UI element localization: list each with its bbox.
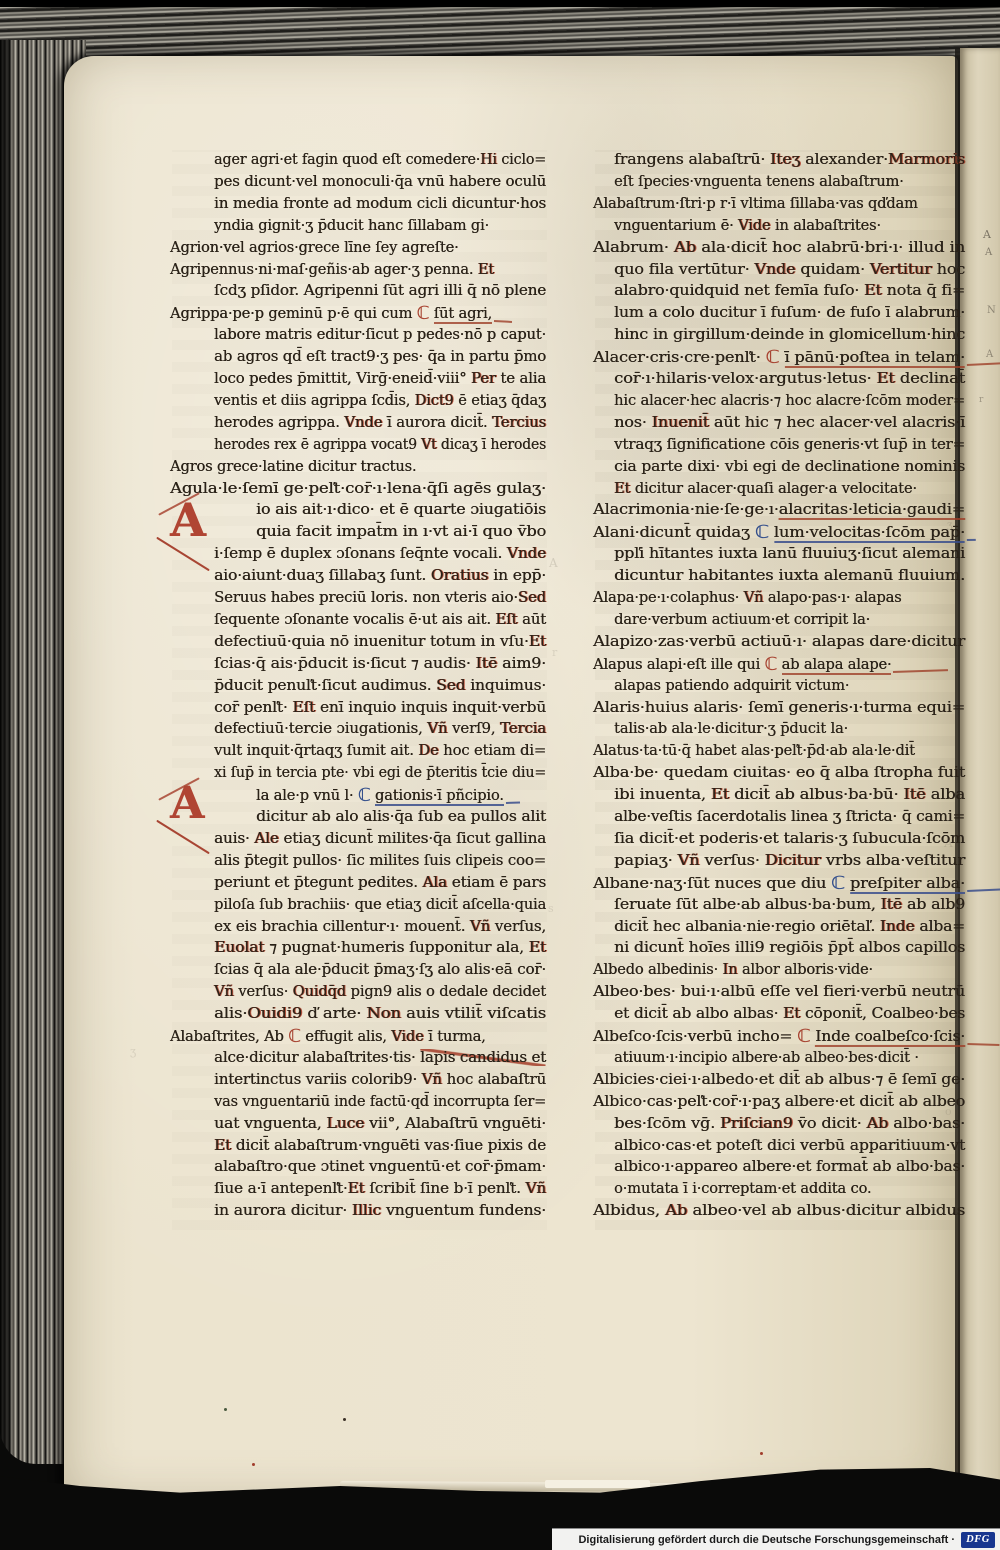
text-line: Alatus·ta·tū·q̄ habet alas·peľt·p̄d·ab a… xyxy=(593,740,915,762)
text-line-content: cor̄·ı·hilaris·velox·argutus·letus· Et d… xyxy=(614,368,965,390)
text-segment: Albicies·ciei·ı·albedo·et dit̄ ab albus·… xyxy=(593,1071,965,1088)
text-segment: dicitur alacer·quaſi alager·a velocitate… xyxy=(630,480,917,497)
text-segment: Euolat xyxy=(214,939,264,956)
text-segment: talis·ab ala·le·dicitur·ʒ p̄ducit la· xyxy=(614,720,848,737)
text-line-content: herodes rex ē agrippa vocat9 Vt dicaʒ ī … xyxy=(214,434,546,456)
text-segment: albico·cas·et poteſt dici verbū appariti… xyxy=(614,1137,965,1154)
text-line-content: loco pedes p̄mittit, Virḡ·eneid̄·viii° P… xyxy=(214,368,546,390)
text-line: vtraqʒ ſignificatione cōis generis·vt ſu… xyxy=(614,434,955,456)
book-top-edge xyxy=(0,0,1000,58)
text-line-content: talis·ab ala·le·dicitur·ʒ p̄ducit la· xyxy=(614,718,848,740)
text-line: in media fronte ad modum cicli dicuntur·… xyxy=(214,193,537,215)
text-segment: cor̄·ı·hilaris·velox·argutus·letus· xyxy=(614,370,876,387)
text-segment: Albedo albedinis· xyxy=(593,961,722,978)
text-line: quia facit impat̄m in ı·vt ai·ī quo v̄bo xyxy=(256,521,518,543)
text-line: Alba·be· quedam ciuitas· eo q̄ alba ſtro… xyxy=(593,762,930,784)
text-line-content: albe·veſtis ſacerdotalis linea ʒ ſtricta… xyxy=(614,806,965,828)
text-line-content: periunt et p̄tegunt pedites. Ala etiam ē… xyxy=(214,872,546,894)
text-segment: Alacer·cris·cre·penľt· xyxy=(593,349,766,366)
text-line-content: lum a colo ducitur ī fuſum· de fuſo ī al… xyxy=(614,302,965,324)
text-line: la ale·p vnū l· ℂgationis·ī pñcipio. xyxy=(256,784,504,806)
text-line: vult inquit·q̄rtaqʒ ſumit ait. De hoc et… xyxy=(214,740,542,762)
text-segment: dicaʒ ī herodes xyxy=(437,436,546,453)
text-segment: Alapa·pe·ı·colaphus· xyxy=(593,589,744,606)
text-line: piloſa ſub brachiis· que etiaʒ dicit̄ aſ… xyxy=(214,894,546,916)
text-line: albe·veſtis ſacerdotalis linea ʒ ſtricta… xyxy=(614,806,950,828)
text-segment: vnguentarium ē· xyxy=(614,217,738,234)
text-segment: aio·aiunt·duaʒ ſillabaʒ ſunt. xyxy=(214,567,431,584)
text-segment: dicit̄ ab albus·ba·bū· xyxy=(729,786,903,803)
text-segment: te alia xyxy=(496,370,546,387)
text-line-content: i·ſemp ē duplex ɔſonans ſeq̄nte vocali. … xyxy=(214,543,546,565)
text-line-content: ſcias q̄ ala ale·p̄ducit p̄maʒ·ſʒ alo al… xyxy=(214,959,546,981)
text-line: dare·verbum actiuum·et corripit la· xyxy=(614,609,870,631)
text-segment: ſia dicit̄·et poderis·et talaris·ʒ ſubuc… xyxy=(614,830,965,847)
text-line: intertinctus variis colorib9· Vñ hoc ala… xyxy=(214,1069,537,1091)
text-line: auis· Ale etiaʒ dicunt̄ milites·q̄a ſicu… xyxy=(214,828,533,850)
text-line-content: alis p̄tegit pullos· ſic milites ſuis cl… xyxy=(214,850,546,872)
red-pilcrow-mark: ℂ xyxy=(288,1026,301,1047)
text-segment: Ale xyxy=(254,830,278,847)
rubric-underline-tail xyxy=(893,669,948,673)
text-line: Alacrimonia·nie·ſe·ge·ı·alacritas·letici… xyxy=(593,499,930,521)
text-segment: v̄o dicit· xyxy=(793,1115,867,1132)
text-line-content: Et dicit̄ alabaſtrum·vnguēti vas·ſiue pi… xyxy=(214,1135,546,1157)
text-segment: etiam ē pars xyxy=(447,874,546,891)
text-segment: xi ſup̄ in tercia pte· vbi egi de p̄teri… xyxy=(214,764,546,781)
text-line-content: Vñ verſus· Quidq̄d pign9 alis o dedale d… xyxy=(214,981,546,1003)
text-segment: defectiuū·quia nō inuenitur totum in vſu… xyxy=(214,633,529,650)
text-line-content: cia parte dixi· vbi egi de declinatione … xyxy=(614,456,965,478)
text-segment: Et xyxy=(529,633,546,650)
text-line-content: xi ſup̄ in tercia pte· vbi egi de p̄teri… xyxy=(214,762,546,784)
text-segment: aim9· xyxy=(497,655,546,672)
text-segment: alacritas·leticia·gaudi= xyxy=(779,501,965,520)
text-segment: Eſt xyxy=(495,611,517,628)
text-segment: dare·verbum actiuum·et corripit la· xyxy=(614,611,870,628)
text-line: Alaris·huius alaris· ſemī generis·ı·turm… xyxy=(593,697,929,719)
text-line: alce·dicitur alabaſtrites·tis· lapis can… xyxy=(214,1047,537,1069)
text-line-content: Albicies·ciei·ı·albedo·et dit̄ ab albus·… xyxy=(593,1069,965,1091)
text-segment: p̄ducit penuľt·ſicut audimus. xyxy=(214,677,436,694)
text-segment: Alapus alapi·eſt ille qui xyxy=(593,656,764,673)
text-segment: Ala xyxy=(422,874,447,891)
text-segment: ſequente ɔſonante vocalis ē·ut ais ait. xyxy=(214,611,495,628)
text-line: ſeruate ſūt albe·ab albus·ba·bum, Itē ab… xyxy=(614,894,938,916)
text-line: frangens alabaſtrū· Iteʒ alexander·Marmo… xyxy=(614,149,938,171)
dfg-logo: DFG xyxy=(961,1532,995,1548)
text-segment: Sed xyxy=(518,589,546,606)
text-line: herodes agrippa. Vnde ī aurora dicit̄. T… xyxy=(214,412,540,434)
text-line-content: vas vnguentariū inde factū·qd̄ incorrupt… xyxy=(214,1091,546,1113)
text-line-content: frangens alabaſtrū· Iteʒ alexander·Marmo… xyxy=(614,149,965,171)
text-line-content: Alani·dicunt̄ quidaʒ ℂlum·velocitas·ſcōm… xyxy=(593,521,965,544)
left-text-column: ager agri·et fagin quod eſt comedere·Hi … xyxy=(170,149,546,1222)
text-line: hic alacer·hec alacris·⁊ hoc alacre·ſcōm… xyxy=(614,390,963,412)
text-segment: alexander· xyxy=(800,151,888,168)
text-segment: Et xyxy=(214,1137,231,1154)
red-pilcrow-mark: ℂ xyxy=(797,1026,811,1047)
text-segment: Albico·cas·peľt·cor̄·ı·paʒ albere·et dic… xyxy=(593,1093,965,1110)
text-segment: Seruus habes preciū loris. non vteris ai… xyxy=(214,589,518,606)
text-line-content: dicit̄ hec albania·nie·regio oriētaľ. In… xyxy=(614,916,965,938)
text-segment: Et xyxy=(783,1005,800,1022)
text-line-content: Alatus·ta·tū·q̄ habet alas·peľt·p̄d·ab a… xyxy=(593,740,915,762)
text-line: atiuum·ı·incipio albere·ab albeo·bes·dic… xyxy=(614,1047,919,1069)
text-segment: Quidq̄d xyxy=(293,983,346,1000)
text-segment: vii°, Alabaſtrū vnguēti· xyxy=(364,1115,546,1132)
text-line-content: ſia dicit̄·et poderis·et talaris·ʒ ſubuc… xyxy=(614,828,965,850)
text-line: Albeſco·ſcis·verbū incho= ℂInde coalbeſc… xyxy=(593,1025,942,1047)
text-line-content: la ale·p vnū l· ℂgationis·ī pñcipio. xyxy=(256,784,504,807)
text-line-content: uat vnguenta, Luce vii°, Alabaſtrū vnguē… xyxy=(214,1113,546,1135)
text-line: ſia dicit̄·et poderis·et talaris·ʒ ſubuc… xyxy=(614,828,936,850)
ink-speck xyxy=(252,1463,255,1466)
text-segment: Albidus, xyxy=(593,1202,665,1219)
text-line: Alabaſtrum·ſtri·p r·ī vltima ſillaba·vas… xyxy=(593,193,918,215)
text-segment: labore matris editur·ſicut p pedes·nō p … xyxy=(214,326,546,343)
text-line: vnguentarium ē· Vide in alabaſtrites· xyxy=(614,215,881,237)
text-segment: Hi xyxy=(480,151,497,168)
text-line: Alapa·pe·ı·colaphus· Vñ alapo·pas·ı· ala… xyxy=(593,587,901,609)
text-line-content: piloſa ſub brachiis· que etiaʒ dicit̄ aſ… xyxy=(214,894,546,916)
text-segment: Alba·be· quedam ciuitas· eo q̄ alba ſtro… xyxy=(593,764,965,781)
text-line-content: alis·Ouidi9 ď arte· Non auis vtilit̄ viſ… xyxy=(214,1003,546,1025)
text-segment: Et xyxy=(614,480,630,497)
text-line-content: Albeo·bes· bui·ı·albū eſſe vel fieri·ver… xyxy=(593,981,965,1003)
text-segment: ciclo= xyxy=(497,151,546,168)
text-segment: auis· xyxy=(214,830,254,847)
text-line: uat vnguenta, Luce vii°, Alabaſtrū vnguē… xyxy=(214,1113,524,1135)
text-segment: preſpiter alba· xyxy=(850,875,965,894)
text-line: ventis et diis agrippa ſcd̄is, Dict9 ē e… xyxy=(214,390,546,412)
text-segment: Non xyxy=(366,1005,401,1022)
text-segment: vas vnguentariū inde factū·qd̄ incorrupt… xyxy=(214,1093,546,1110)
text-line: hinc in girgillum·deinde in glomicellum·… xyxy=(614,324,935,346)
text-segment: albo·bas· xyxy=(888,1115,965,1132)
text-segment: hoc alabaſtrū xyxy=(442,1071,546,1088)
text-line: yndia gignit·ʒ p̄ducit hanc ſillabam gi· xyxy=(214,215,489,237)
text-segment: vnguentum fundens· xyxy=(381,1202,546,1219)
text-line: ab agros qd̄ eſt tract9·ʒ pes· q̄a in pa… xyxy=(214,346,539,368)
text-line-content: albico·ı·appareo albere·et format̄ ab al… xyxy=(614,1156,965,1178)
text-segment: quia facit impat̄m in ı·vt ai·ī quo v̄bo xyxy=(256,523,546,540)
text-line-content: Alacer·cris·cre·penľt· ℂī pānū·poſtea in… xyxy=(593,346,965,369)
text-line: Seruus habes preciū loris. non vteris ai… xyxy=(214,587,539,609)
text-segment: Ab xyxy=(674,239,696,256)
text-segment: Vñ xyxy=(744,589,764,606)
text-line-content: Seruus habes preciū loris. non vteris ai… xyxy=(214,587,546,609)
text-line: ſcdʒ pſidor. Agripenni ſūt agri illi q̄ … xyxy=(214,280,533,302)
text-segment: Ab xyxy=(867,1115,889,1132)
text-line: alis p̄tegit pullos· ſic milites ſuis cl… xyxy=(214,850,538,872)
text-segment: o·mutata ī i·correptam·et addita co. xyxy=(614,1180,871,1197)
text-segment: lapis candidus et xyxy=(420,1049,546,1066)
text-segment: ⁊ pugnat·humeris ſupponitur ala, xyxy=(264,939,528,956)
funding-text: Digitalisierung gefördert durch die Deut… xyxy=(578,1534,955,1546)
text-line: defectiuū·tercie ɔiugationis, Vñ verſ9, … xyxy=(214,718,537,740)
text-segment: Albeo·bes· bui·ı·albū eſſe vel fieri·ver… xyxy=(593,983,965,1000)
text-segment: Vide xyxy=(391,1028,423,1045)
text-segment: alba= xyxy=(914,918,965,935)
text-segment: ab alb9 xyxy=(902,896,965,913)
text-line-content: Agrion·vel agrios·grece līne ſey agreſte… xyxy=(170,237,459,259)
text-segment: quidam· xyxy=(795,261,869,278)
text-segment: Vide xyxy=(738,217,770,234)
text-segment: in epp̄· xyxy=(488,567,546,584)
text-line: albico·cas·et poteſt dici verbū appariti… xyxy=(614,1135,941,1157)
text-segment: Iteʒ xyxy=(770,151,800,168)
blue-pilcrow-mark: ℂ xyxy=(755,522,770,543)
text-line: labore matris editur·ſicut p pedes·nō p … xyxy=(214,324,544,346)
text-line: eſt ſpecies·vnguenta tenens alabaſtrum· xyxy=(614,171,904,193)
bottom-page-edge-chip xyxy=(545,1480,650,1488)
text-segment: Vñ xyxy=(422,1071,442,1088)
text-line-content: labore matris editur·ſicut p pedes·nō p … xyxy=(214,324,546,346)
text-segment: Albeſco·ſcis·verbū incho= xyxy=(593,1028,797,1045)
text-line: ſequente ɔſonante vocalis ē·ut ais ait. … xyxy=(214,609,539,631)
text-segment: i·ſemp ē duplex ɔſonans ſeq̄nte vocali. xyxy=(214,545,507,562)
text-line: periunt et p̄tegunt pedites. Ala etiam ē… xyxy=(214,872,532,894)
text-segment: lum a colo ducitur ī fuſum· de fuſo ī al… xyxy=(614,304,965,321)
text-segment: verſus, xyxy=(490,918,546,935)
text-line: albico·ı·appareo albere·et format̄ ab al… xyxy=(614,1156,944,1178)
text-line-content: aio·aiunt·duaʒ ſillabaʒ ſunt. Oratius in… xyxy=(214,565,546,587)
text-segment: ibi inuenta, xyxy=(614,786,711,803)
text-segment: vtraqʒ ſignificatione cōis generis·vt ſu… xyxy=(614,436,965,453)
text-segment: effugit alis, xyxy=(305,1028,391,1045)
text-line: Albedo albedinis· In albor alboris·vide· xyxy=(593,959,873,981)
text-line-content: in media fronte ad modum cicli dicuntur·… xyxy=(214,193,546,215)
text-segment: hinc in girgillum·deinde in glomicellum·… xyxy=(614,326,965,343)
text-line: alabaſtro·que ɔtinet vnguentū·et cor̄·p̄… xyxy=(214,1156,531,1178)
text-segment: Alaris·huius alaris· ſemī generis·ı·turm… xyxy=(593,699,965,716)
text-segment: albeo·vel ab albus·dicitur albidus xyxy=(687,1202,965,1219)
text-segment: Alacrimonia·nie·ſe·ge·ı· xyxy=(593,501,779,518)
text-line-content: et dicit̄ ab albo albas· Et cōponit̄, Co… xyxy=(614,1003,965,1025)
text-line: defectiuū·quia nō inuenitur totum in vſu… xyxy=(214,631,526,653)
text-segment: Vertitur xyxy=(870,261,932,278)
text-segment: Per xyxy=(471,370,496,387)
text-segment: alapo·pas·ı· alapas xyxy=(763,589,901,606)
text-segment: herodes rex ē agrippa vocat9 xyxy=(214,436,421,453)
text-segment: uat vnguenta, xyxy=(214,1115,326,1132)
text-segment: Vñ xyxy=(525,1180,546,1197)
text-segment: ager agri·et fagin quod eſt comedere· xyxy=(214,151,480,168)
text-segment: ventis et diis agrippa ſcd̄is, xyxy=(214,392,415,409)
text-segment: defectiuū·tercie ɔiugationis, xyxy=(214,720,427,737)
text-segment: Alani·dicunt̄ quidaʒ xyxy=(593,524,755,541)
text-segment: Albane·naʒ·ſūt nuces que diu xyxy=(593,875,831,892)
text-line-content: papiaʒ· Vñ verſus· Dicitur vrbs alba·veſ… xyxy=(614,850,965,872)
text-segment: Itē xyxy=(881,896,902,913)
text-line-content: ager agri·et fagin quod eſt comedere·Hi … xyxy=(214,149,546,171)
text-line-content: Alapus alapi·eſt ille qui ℂab alapa alap… xyxy=(593,653,891,676)
text-segment: Dict9 xyxy=(415,392,454,409)
red-pilcrow-mark: ℂ xyxy=(766,347,780,368)
text-line-content: nos· Inuenit̄ aūt hic ⁊ hec alacer·vel a… xyxy=(614,412,965,434)
text-segment: in media fronte ad modum cicli dicuntur·… xyxy=(214,195,546,212)
text-segment: Luce xyxy=(326,1115,364,1132)
text-line-content: hic alacer·hec alacris·⁊ hoc alacre·ſcōm… xyxy=(614,390,965,412)
text-segment: papiaʒ· xyxy=(614,852,678,869)
text-segment: Inde xyxy=(880,918,915,935)
text-line: Agula·le·ſemī ge·peľt·cor̄·ı·lena·q̄ſi a… xyxy=(170,478,503,500)
text-line-content: defectiuū·quia nō inuenitur totum in vſu… xyxy=(214,631,546,653)
text-line-content: alabaſtro·que ɔtinet vnguentū·et cor̄·p̄… xyxy=(214,1156,546,1178)
text-segment: aūt hic ⁊ hec alacer·vel alacris·ī xyxy=(709,414,965,431)
text-segment: vrbs alba·veſtitur xyxy=(821,852,965,869)
text-segment: Agros grece·latine dicitur tractus. xyxy=(170,458,416,475)
text-segment: Vñ xyxy=(214,983,234,1000)
text-segment: pign9 alis o dedale decidet xyxy=(346,983,546,1000)
adjacent-page-edge xyxy=(960,48,1000,1496)
text-segment: Et xyxy=(711,786,729,803)
text-line: Agros grece·latine dicitur tractus. xyxy=(170,456,416,478)
text-segment: io ais ait·ı·dico· et ē quarte ɔiugatiōi… xyxy=(256,501,546,518)
text-line: ſcias q̄ ala ale·p̄ducit p̄maʒ·ſʒ alo al… xyxy=(214,959,535,981)
text-line-content: alabro·quidquid net femīa fuſo· Et nota … xyxy=(614,280,965,302)
text-line-content: ſeruate ſūt albe·ab albus·ba·bum, Itē ab… xyxy=(614,894,965,916)
text-line: Et dicit̄ alabaſtrum·vnguēti vas·ſiue pi… xyxy=(214,1135,531,1157)
text-segment: intertinctus variis colorib9· xyxy=(214,1071,422,1088)
text-segment: Sed xyxy=(436,677,465,694)
text-segment: Agrippa·pe·p geminū p·ē qui cum xyxy=(170,305,417,322)
text-line-content: dicitur ab alo alis·q̄a ſub ea pullos al… xyxy=(256,806,546,828)
text-segment: dicit̄ alabaſtrum·vnguēti vas·ſiue pixis… xyxy=(231,1137,546,1154)
text-line-content: Alacrimonia·nie·ſe·ge·ı·alacritas·letici… xyxy=(593,499,965,521)
text-segment: Eſt xyxy=(292,699,315,716)
text-line-content: Albidus, Ab albeo·vel ab albus·dicitur a… xyxy=(593,1200,965,1222)
text-line: bes·ſcōm vḡ. Priſcian9 v̄o dicit· Ab alb… xyxy=(614,1113,931,1135)
ink-speck xyxy=(760,1452,763,1455)
text-line: Alabrum· Ab ala·dicit̄ hoc alabrū·bri·ı·… xyxy=(593,237,922,259)
text-line-content: ab agros qd̄ eſt tract9·ʒ pes· q̄a in pa… xyxy=(214,346,546,368)
blue-pilcrow-mark: ℂ xyxy=(831,873,845,894)
text-line-content: Alapa·pe·ı·colaphus· Vñ alapo·pas·ı· ala… xyxy=(593,587,901,609)
text-segment: Alabaſtrites, Ab xyxy=(170,1028,288,1045)
text-line: p̄ducit penuľt·ſicut audimus. Sed inquim… xyxy=(214,675,527,697)
text-line: Alapus alapi·eſt ille qui ℂab alapa alap… xyxy=(593,653,891,675)
text-line-content: in aurora dicitur· Illic vnguentum funde… xyxy=(214,1200,546,1222)
text-segment: alis· xyxy=(214,1005,247,1022)
text-segment: ſcdʒ pſidor. Agripenni ſūt agri illi q̄ … xyxy=(214,282,546,299)
text-line-content: Albane·naʒ·ſūt nuces que diu ℂpreſpiter … xyxy=(593,872,965,895)
text-segment: quo fila vertūtur· xyxy=(614,261,754,278)
text-segment: enī inquio inquis inquit·verbū xyxy=(315,699,546,716)
ink-speck xyxy=(224,1408,227,1411)
text-segment: vult inquit·q̄rtaqʒ ſumit ait. xyxy=(214,742,418,759)
text-segment: Illic xyxy=(352,1202,381,1219)
text-line-content: ex eis brachia cillentur·ı· mouent̄. Vñ … xyxy=(214,916,546,938)
text-line: loco pedes p̄mittit, Virḡ·eneid̄·viii° P… xyxy=(214,368,540,390)
text-line-content: Albico·cas·peľt·cor̄·ı·paʒ albere·et dic… xyxy=(593,1091,965,1113)
text-line: aio·aiunt·duaʒ ſillabaʒ ſunt. Oratius in… xyxy=(214,565,526,587)
text-line: Alacer·cris·cre·penľt· ℂī pānū·poſtea in… xyxy=(593,346,930,368)
text-segment: Dicitur xyxy=(765,852,821,869)
text-line-content: Alba·be· quedam ciuitas· eo q̄ alba ſtro… xyxy=(593,762,965,784)
text-segment: Inde coalbeſco·ſcis· xyxy=(815,1028,965,1047)
text-line: pes dicunt·vel monoculi·q̄a vnū habere o… xyxy=(214,171,539,193)
text-segment: ſiue a·ī antepenľt· xyxy=(214,1180,348,1197)
text-line-content: Alabaſtrites, Ab ℂeffugit alis, Vide ī t… xyxy=(170,1025,486,1048)
text-segment: hic alacer·hec alacris·⁊ hoc alacre·ſcōm… xyxy=(614,392,965,409)
text-segment: alabro·quidquid net femīa fuſo· xyxy=(614,282,864,299)
text-segment: Et xyxy=(876,370,894,387)
text-segment: Et xyxy=(864,282,882,299)
text-segment: ſeruate ſūt albe·ab albus·ba·bum, xyxy=(614,896,881,913)
text-line-content: auis· Ale etiaʒ dicunt̄ milites·q̄a ſicu… xyxy=(214,828,546,850)
text-segment: ē etiaʒ q̄daʒ xyxy=(454,392,546,409)
text-line: cor̄·ı·hilaris·velox·argutus·letus· Et d… xyxy=(614,368,927,390)
text-segment: alba xyxy=(926,786,965,803)
text-segment: ſcribit̄ ſine b·ī penľt. xyxy=(365,1180,526,1197)
text-line: Euolat ⁊ pugnat·humeris ſupponitur ala, … xyxy=(214,937,525,959)
text-segment: ď arte· xyxy=(302,1005,366,1022)
lombardic-initial: A xyxy=(170,497,250,543)
text-segment: inquimus· xyxy=(465,677,546,694)
text-segment: Oratius xyxy=(431,567,489,584)
text-segment: auis vtilit̄ viſcatis xyxy=(401,1005,546,1022)
text-segment: Tercius xyxy=(492,414,546,431)
text-segment: Alatus·ta·tū·q̄ habet alas·peľt·p̄d·ab a… xyxy=(593,742,915,759)
text-line: ex eis brachia cillentur·ı· mouent̄. Vñ … xyxy=(214,916,536,938)
text-line: talis·ab ala·le·dicitur·ʒ p̄ducit la· xyxy=(614,718,848,740)
text-segment: Inuenit̄ xyxy=(652,414,709,431)
incunable-scan-photo: ager agri·et fagin quod eſt comedere·Hi … xyxy=(0,0,1000,1550)
text-line-content: o·mutata ī i·correptam·et addita co. xyxy=(614,1178,871,1200)
text-line: alapas patiendo adquirit victum· xyxy=(614,675,849,697)
text-segment: albor alboris·vide· xyxy=(737,961,873,978)
text-line-content: dare·verbum actiuum·et corripit la· xyxy=(614,609,870,631)
text-line-content: Euolat ⁊ pugnat·humeris ſupponitur ala, … xyxy=(214,937,546,959)
text-line: Vñ verſus· Quidq̄d pign9 alis o dedale d… xyxy=(214,981,545,1003)
text-segment: ſcias·q̄ ais·p̄ducit is·ſicut ⁊ audis· xyxy=(214,655,476,672)
text-line-content: ni dicunt̄ hoīes illi9 regiōis p̄pt̄ alb… xyxy=(614,937,965,959)
text-line-content: Alabrum· Ab ala·dicit̄ hoc alabrū·bri·ı·… xyxy=(593,237,965,259)
text-line: ſcias·q̄ ais·p̄ducit is·ſicut ⁊ audis· I… xyxy=(214,653,519,675)
text-segment: Ouidi9 xyxy=(247,1005,302,1022)
text-line: in aurora dicitur· Illic vnguentum funde… xyxy=(214,1200,523,1222)
text-line-content: ſcias·q̄ ais·p̄ducit is·ſicut ⁊ audis· I… xyxy=(214,653,546,675)
text-segment: verſus· xyxy=(699,852,764,869)
text-segment: aūt xyxy=(517,611,546,628)
text-line: ſiue a·ī antepenľt·Et ſcribit̄ ſine b·ī … xyxy=(214,1178,531,1200)
text-segment: ſcias q̄ ala ale·p̄ducit p̄maʒ·ſʒ alo al… xyxy=(214,961,546,978)
text-line-content: quo fila vertūtur· Vnde quidam· Vertitur… xyxy=(614,259,965,281)
text-line-content: Albeſco·ſcis·verbū incho= ℂInde coalbeſc… xyxy=(593,1025,965,1048)
text-segment: verſus· xyxy=(234,983,293,1000)
text-line: papiaʒ· Vñ verſus· Dicitur vrbs alba·veſ… xyxy=(614,850,929,872)
text-line-content: dicuntur habitantes iuxta alemanū fluuiu… xyxy=(614,565,965,587)
text-line: i·ſemp ē duplex ɔſonans ſeq̄nte vocali. … xyxy=(214,543,531,565)
text-line: Albicies·ciei·ı·albedo·et dit̄ ab albus·… xyxy=(593,1069,938,1091)
text-line-content: yndia gignit·ʒ p̄ducit hanc ſillabam gi· xyxy=(214,215,489,237)
text-line: ager agri·et fagin quod eſt comedere·Hi … xyxy=(214,149,553,171)
text-line-content: quia facit impat̄m in ı·vt ai·ī quo v̄bo xyxy=(256,521,546,543)
text-line-content: herodes agrippa. Vnde ī aurora dicit̄. T… xyxy=(214,412,546,434)
text-segment: loco pedes p̄mittit, Virḡ·eneid̄·viii° xyxy=(214,370,471,387)
text-segment: declinat̄ xyxy=(895,370,965,387)
text-line-content: Agrippa·pe·p geminū p·ē qui cum ℂſūt agr… xyxy=(170,302,492,325)
text-segment: bes·ſcōm vḡ. xyxy=(614,1115,720,1132)
text-segment: gationis·ī pñcipio. xyxy=(375,787,504,806)
text-line-content: defectiuū·tercie ɔiugationis, Vñ verſ9, … xyxy=(214,718,546,740)
text-segment: Alapizo·zas·verbū actiuū·ı· alapas dare·… xyxy=(593,633,965,650)
text-segment: Agrion·vel agrios·grece līne ſey agreſte… xyxy=(170,239,459,256)
text-line: xi ſup̄ in tercia pte· vbi egi de p̄teri… xyxy=(214,762,555,784)
text-segment: Vnde xyxy=(754,261,795,278)
